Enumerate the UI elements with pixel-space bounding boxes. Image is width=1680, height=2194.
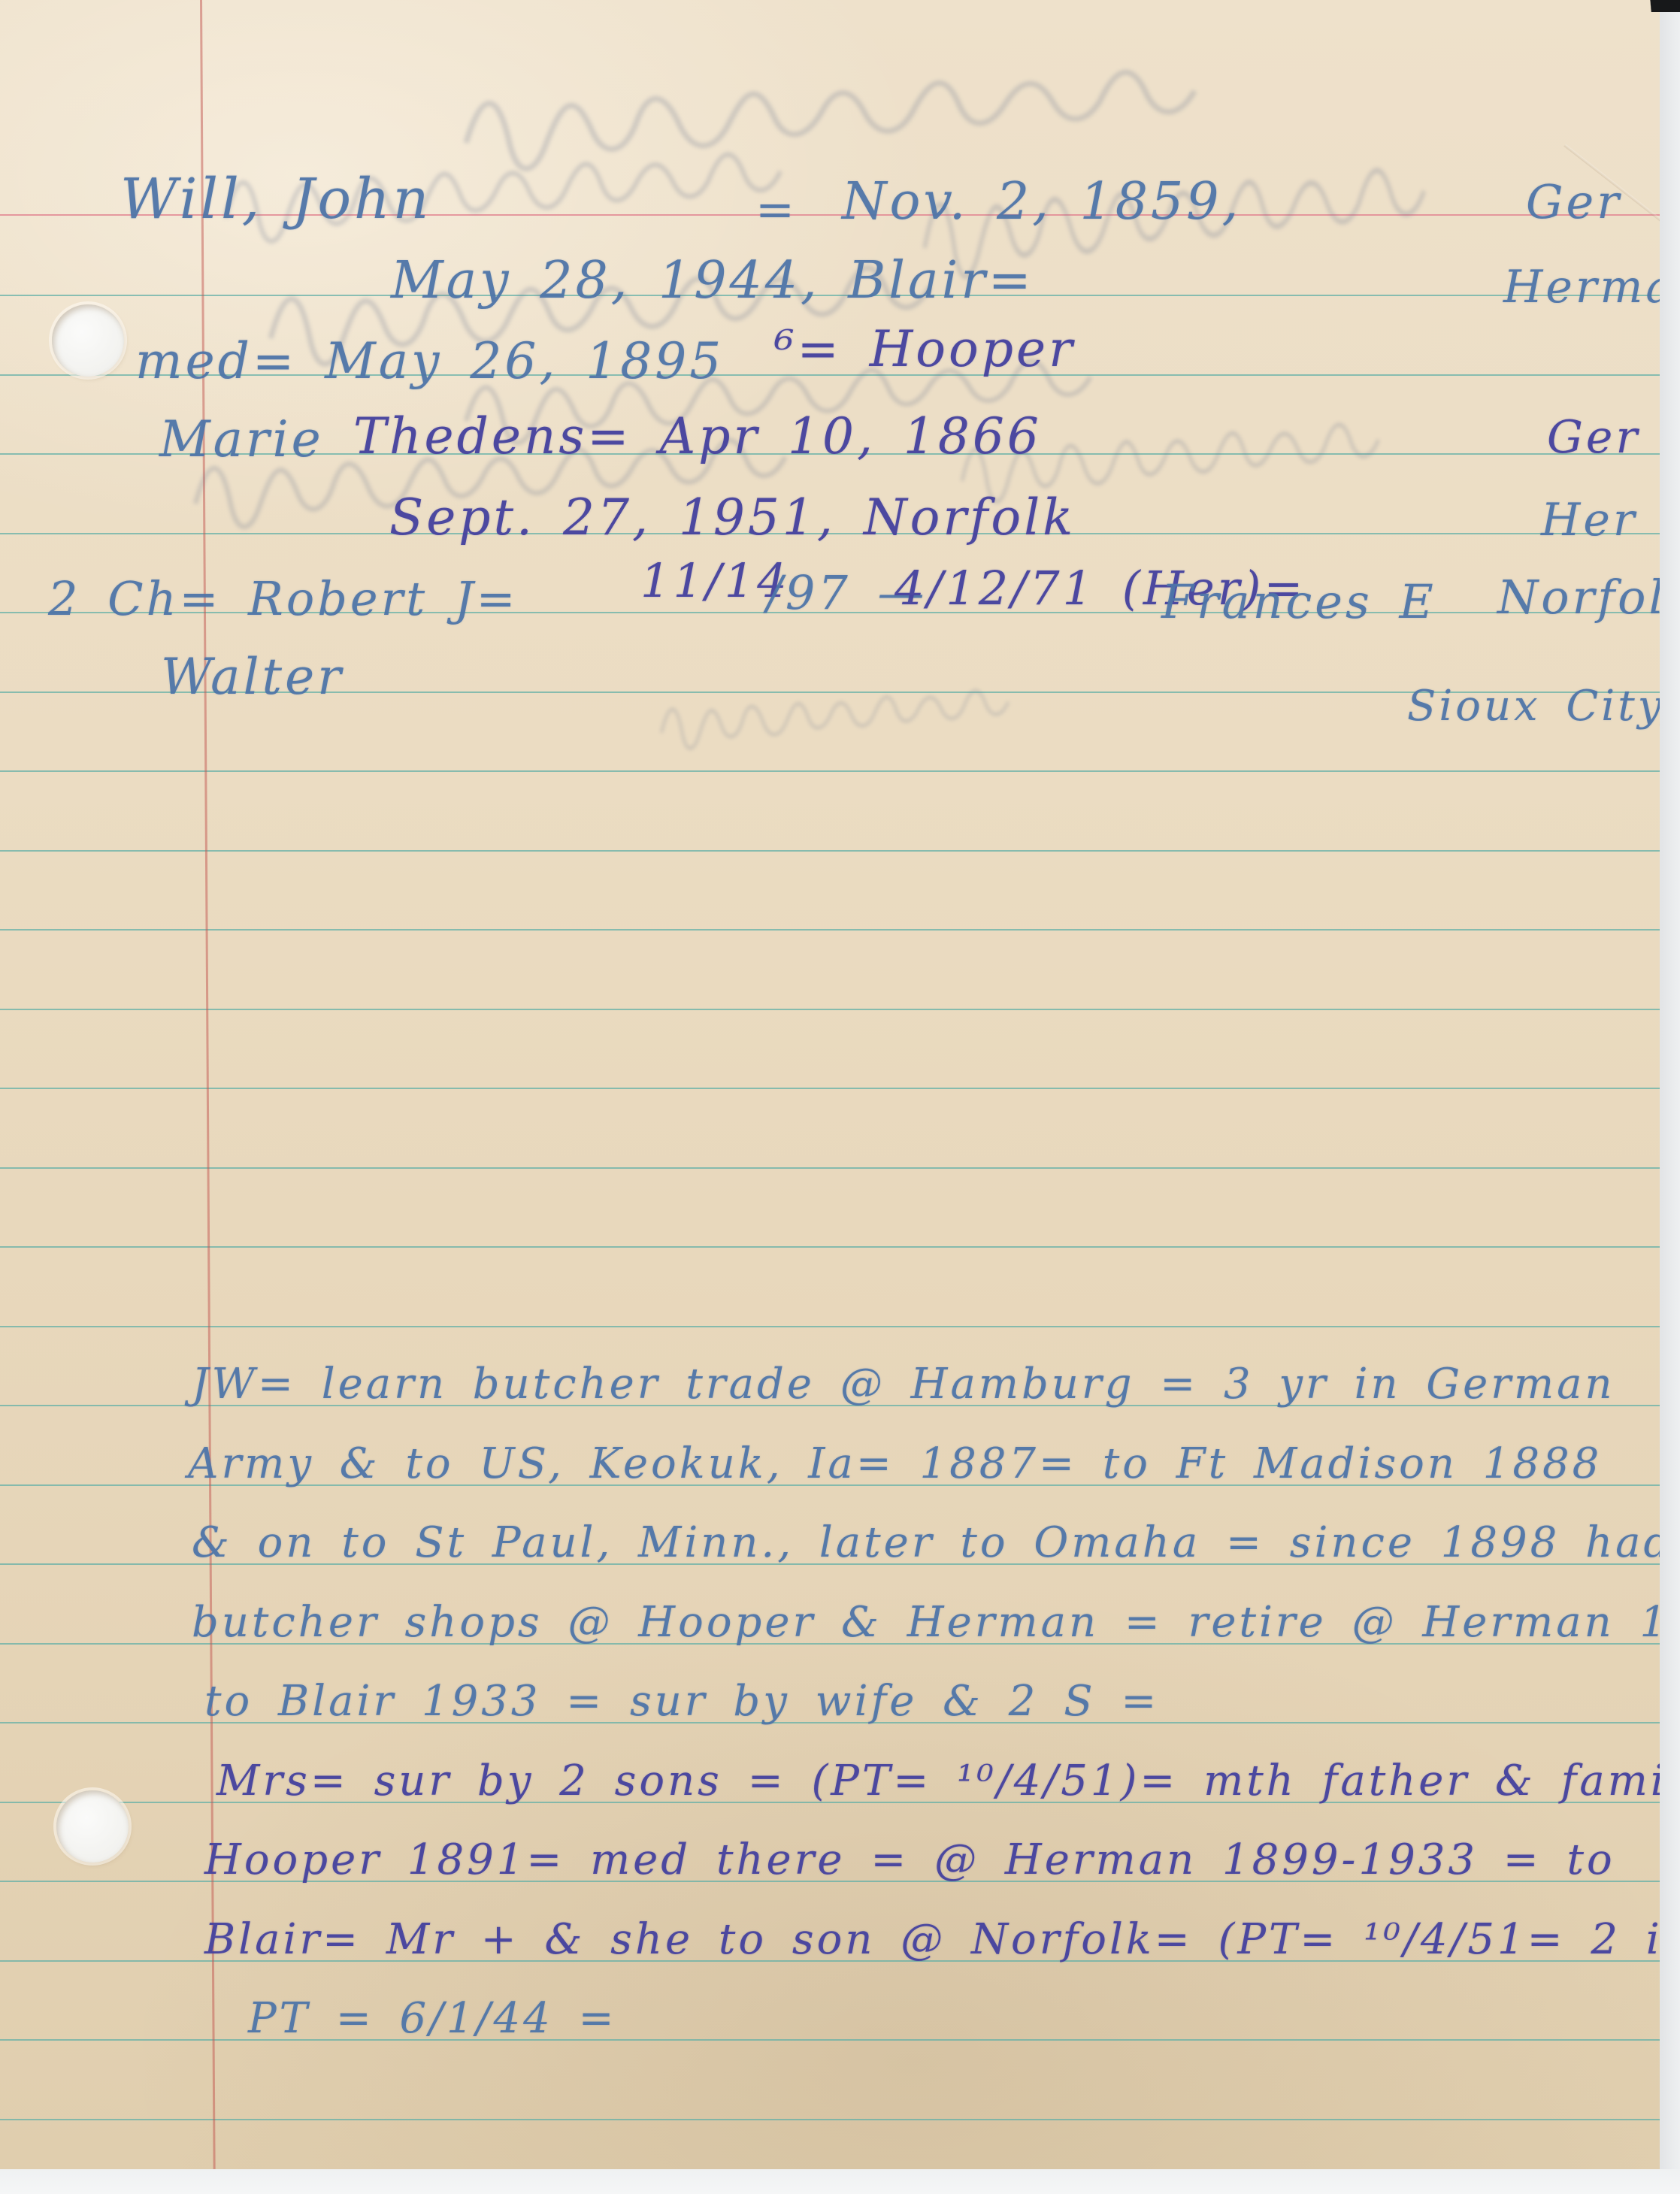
wife-maiden-birth: Thedens= Apr 10, 1866 xyxy=(353,412,1042,461)
note-line: Blair= Mr + & she to son @ Norfolk= (PT=… xyxy=(204,1919,1680,1961)
teal-rule xyxy=(0,1246,1660,1248)
birth-date: Nov. 2, 1859, xyxy=(842,177,1241,228)
origin-abbrev-1: Ger xyxy=(1526,179,1622,225)
teal-rule xyxy=(0,1326,1660,1327)
wife-first-name: Marie xyxy=(159,415,324,465)
note-line: Hooper 1891= med there = @ Herman 1899-1… xyxy=(204,1839,1615,1881)
scanner-edge-bottom xyxy=(0,2169,1680,2194)
note-line: & on to St Paul, Minn., later to Omaha =… xyxy=(192,1522,1673,1564)
teal-rule xyxy=(0,2119,1660,2120)
note-line: to Blair 1933 = sur by wife & 2 S = xyxy=(204,1681,1159,1723)
note-line: JW= learn butcher trade @ Hamburg = 3 yr… xyxy=(192,1363,1615,1406)
punch-hole-bottom xyxy=(56,1790,129,1863)
teal-rule xyxy=(0,1167,1660,1169)
annotation-her: Her xyxy=(1541,498,1638,543)
origin-abbrev-2: Ger xyxy=(1547,415,1640,460)
note-line: butcher shops @ Hooper & Herman = retire… xyxy=(192,1602,1680,1644)
children-entry: 2 Ch= Robert J= xyxy=(48,576,519,622)
person-name: Will, John xyxy=(120,171,431,227)
child-spouse: Frances E xyxy=(1161,579,1436,625)
teal-rule xyxy=(0,929,1660,931)
scanner-edge-right xyxy=(1660,0,1680,2169)
teal-rule xyxy=(0,770,1660,772)
place-norfolk: Norfolk xyxy=(1497,574,1680,621)
marriage-place: ⁶= Hooper xyxy=(774,325,1076,374)
scanner-corner-shadow xyxy=(1627,0,1680,12)
death-date: May 28, 1944, Blair= xyxy=(391,256,1034,307)
annotation-herman: Herman xyxy=(1503,265,1680,310)
note-line: PT = 6/1/44 = xyxy=(248,1998,617,2040)
teal-rule xyxy=(0,1088,1660,1089)
teal-rule xyxy=(0,850,1660,852)
punch-hole-top xyxy=(52,304,124,377)
place-sioux-city: Sioux City, Ia. xyxy=(1407,685,1680,728)
child-walter: Walter xyxy=(161,652,344,702)
note-line: Mrs= sur by 2 sons = (PT= ¹⁰/4/51)= mth … xyxy=(216,1760,1680,1802)
wife-death-date: Sept. 27, 1951, Norfolk xyxy=(389,493,1076,543)
note-line: Army & to US, Keokuk, Ia= 1887= to Ft Ma… xyxy=(188,1443,1602,1485)
ledger-paper: Will, John = Nov. 2, 1859, Ger May 28, 1… xyxy=(0,0,1660,2171)
equals-mark: = xyxy=(755,186,798,233)
marriage-date: med= May 26, 1895 xyxy=(135,337,724,386)
teal-rule xyxy=(0,1009,1660,1010)
